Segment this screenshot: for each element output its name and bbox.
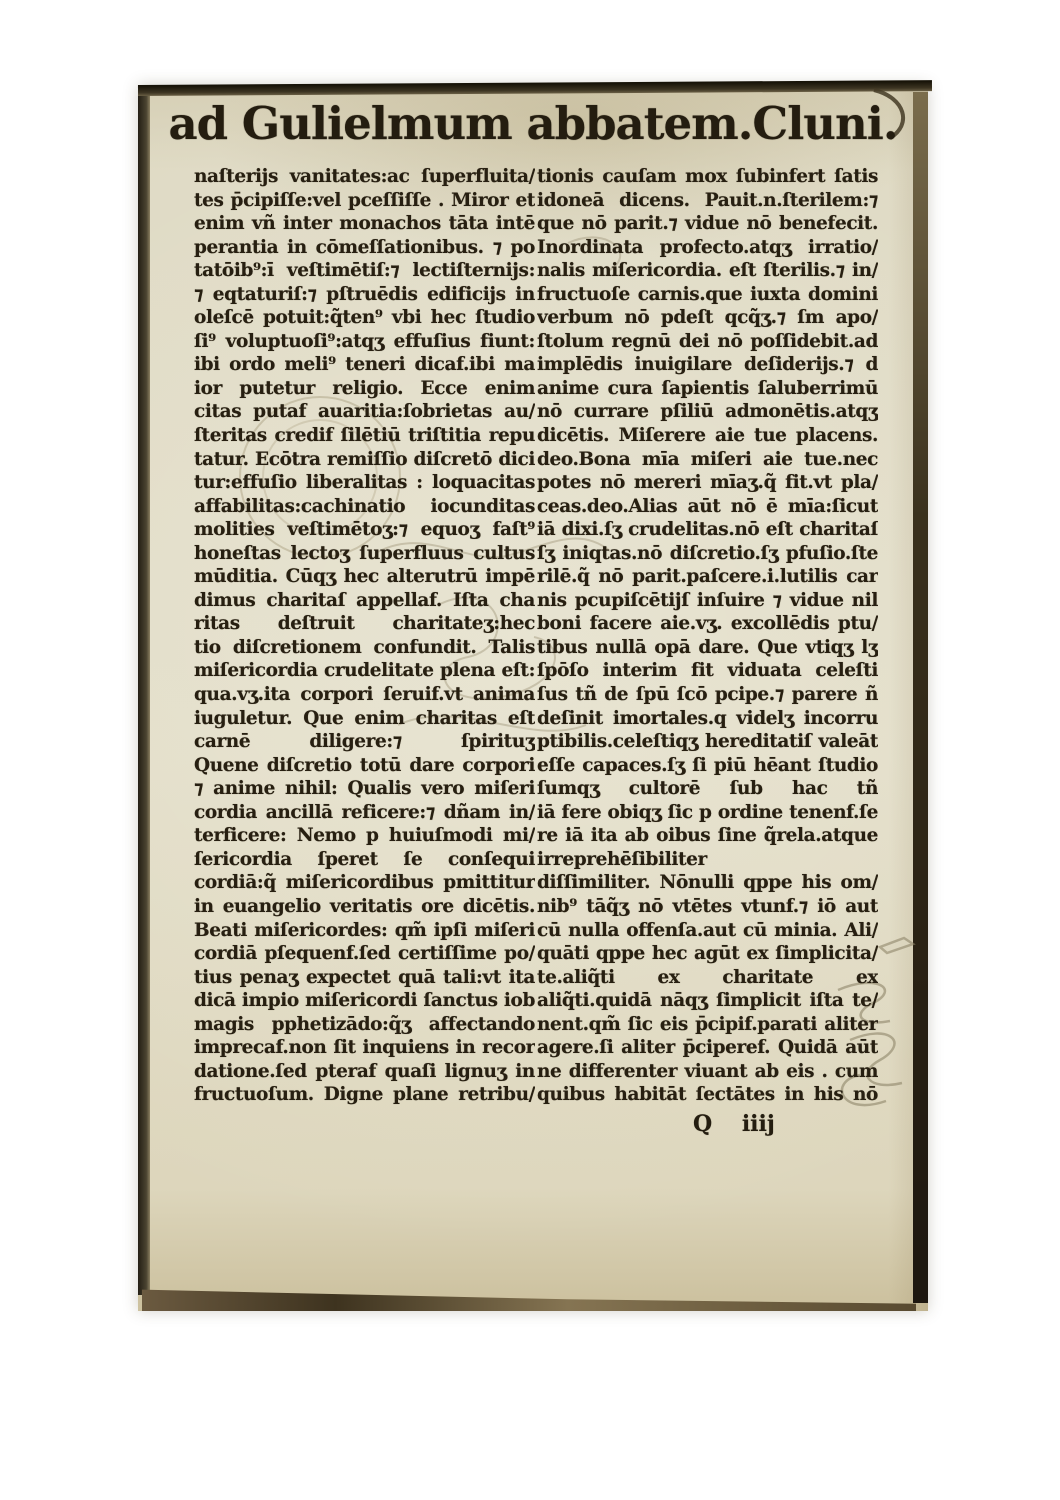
text-line: quibus habitāt ſectātes in his nō: [537, 1083, 878, 1107]
text-line: boni facere aie.vʒ. excollēdis ptu/: [537, 612, 878, 636]
text-line: ſus tñ de ſpū ſcō pcipe.⁊ parere ñ: [537, 683, 878, 707]
text-line: potes nō mereri mīaʒ.q̃ fit.vt pla/: [537, 471, 878, 495]
text-line: implēdis inuigilare deſiderijs.⁊ d: [537, 353, 878, 377]
page-edge-top: [138, 80, 932, 96]
text-line: rilē.q̃ nō parit.paſcere.i.lutilis car: [537, 565, 878, 589]
text-line: Quene diſcretio totū dare corpori: [194, 754, 535, 778]
text-line: enim vñ inter monachos tāta intē: [194, 212, 535, 236]
text-line: irreprehēſibiliter obſeruanf.quiſq̃ʒ: [537, 848, 878, 872]
text-line: deſinit imortales.q videlʒ incorru: [537, 707, 878, 731]
text-line: anime cura ſapientis ſaluberrimū: [537, 377, 878, 401]
text-line: nib⁹ tāq̃ʒ nō vtētes vtunf.⁊ iō aut: [537, 895, 878, 919]
text-line: tatōib⁹:ī veſtimētiſ:⁊ lectiſternijs:: [194, 259, 535, 283]
text-line: ceas.deo.Alias aūt nō ē mīa:ſicut: [537, 495, 878, 519]
text-line: Inordinata profecto.atqʒ irratio/: [537, 236, 878, 260]
text-line: agere.ſi aliter p̄ciperef. Quidā aūt: [537, 1036, 878, 1060]
text-line: dicētis. Miſerere aie tue placens.: [537, 424, 878, 448]
text-line: idoneā dicens. Pauit.n.ſterilem:⁊: [537, 189, 878, 213]
text-line: ſtolum regnū dei nō poſſidebit.ad: [537, 330, 878, 354]
text-line: quāti qppe hec agūt ex ſimplicita/: [537, 942, 878, 966]
text-line: tes p̄cipiſſe:vel pceſſiſſe . Miror et: [194, 189, 535, 213]
text-line: ſericordia ſperet ſe conſequi miſeri: [194, 848, 535, 872]
page-edge-left: [138, 94, 150, 1295]
text-line: nis pcupiſcētijſ inſuire ⁊ vidue nil: [537, 589, 878, 613]
scanned-page: ad Gulielmum abbatem.Cluni. naſterijs va…: [138, 85, 928, 1311]
text-line: verbum nō pdeſt qcq̃ʒ.⁊ ſm apo/: [537, 306, 878, 330]
text-line: imprecaf.non ſit inquiens in recor: [194, 1036, 535, 1060]
text-line: ⁊ anime nihil: Qualis vero miſeri: [194, 777, 535, 801]
text-line: qua.vʒ.ita corpori ſeruif.vt anima: [194, 683, 535, 707]
text-line: tio diſcretionem confundit. Talis: [194, 636, 535, 660]
text-line: tionis cauſam mox ſubinfert ſatis: [537, 165, 878, 189]
text-line: iā fere obiqʒ ſic p ordine tenenf.ſe: [537, 801, 878, 825]
text-line: re iā ita ab oibus ſine q̃rela.atque: [537, 824, 878, 848]
text-line: ne differenter viuant ab eis . cum: [537, 1060, 878, 1084]
text-line: miſericordia crudelitate plena eſt:: [194, 659, 535, 683]
text-line: cū nulla offenſa.aut cū minia. Ali/: [537, 919, 878, 943]
text-line: naſterijs vanitates:ac ſuperfluita/: [194, 165, 535, 189]
text-line: dicā impio miſericordi ſanctus iob: [194, 989, 535, 1013]
page-title: ad Gulielmum abbatem.Cluni.: [138, 97, 928, 150]
text-line: eſſe capaces.ſʒ ſi piū hēant ſtudio: [537, 754, 878, 778]
text-line: mūditia. Cūqʒ hec alterutrū impē: [194, 565, 535, 589]
text-line: molities veſtimētoʒ:⁊ equoʒ faſt⁹: [194, 518, 535, 542]
text-line: ſi⁹ voluptuoſi⁹:atqʒ effuſius fiunt:: [194, 330, 535, 354]
signature-mark: Q iiij: [693, 1111, 873, 1137]
text-line: ſteritas credif ſilētiū triſtitia repu: [194, 424, 535, 448]
text-line: terficere: Nemo p huiuſmodi mi/: [194, 824, 535, 848]
text-line: ſʒ iniqtas.nō diſcretio.ſʒ pfuſio.ſte: [537, 542, 878, 566]
text-line: ior putetur religio. Ecce enim par/: [194, 377, 535, 401]
text-line: ptibilis.celeſtiqʒ hereditatiſ valeāt: [537, 730, 878, 754]
text-line: tius penaʒ expectet quā tali:vt ita: [194, 966, 535, 990]
text-line: ⁊ eqtaturiſ:⁊ pſtruēdis edificijs in: [194, 283, 535, 307]
text-line: ritas deſtruit charitateʒ:hec diſcre: [194, 612, 535, 636]
text-line: cordiā pſequenf.ſed certiſſime po/: [194, 942, 535, 966]
text-line: iā dixi.ſʒ crudelitas.nō eſt charitaſ: [537, 518, 878, 542]
scan-background: ad Gulielmum abbatem.Cluni. naſterijs va…: [0, 0, 1060, 1500]
text-line: in euangelio veritatis ore dicētis.: [194, 895, 535, 919]
text-column-left: naſterijs vanitates:ac ſuperfluita/tes p…: [194, 165, 535, 1107]
text-line: que nō parit.⁊ vidue nō benefecit.: [537, 212, 878, 236]
text-line: carnē diligere:⁊ ſpirituʒ negligere:: [194, 730, 535, 754]
text-column-right: tionis cauſam mox ſubinfert ſatisidoneā …: [537, 165, 878, 1107]
text-line: ſpōſo interim fit viduata celeſti ſen: [537, 659, 878, 683]
page-edge-right: [913, 92, 928, 1303]
text-line: tibus nullā opā dare. Que vtiqʒ lʒ: [537, 636, 878, 660]
text-line: tatur. Ecōtra remiſſio diſcretō dici: [194, 448, 535, 472]
text-line: oleſcē potuit:q̃ten⁹ vbi hec ſtudio: [194, 306, 535, 330]
text-line: diſſimiliter. Nōnulli qppe his om/: [537, 871, 878, 895]
text-line: fructuoſe carnis.que iuxta domini: [537, 283, 878, 307]
page-edge-bottom: [142, 1285, 916, 1311]
text-line: te.aliq̃ti ex charitate ex neceſſitate: [537, 966, 878, 990]
text-line: nent.qm̃ ſic eis p̄cipif.parati aliter: [537, 1013, 878, 1037]
text-line: ſumqʒ cultorē ſub hac tñ abuſione: [537, 777, 878, 801]
text-line: datione.ſed pteraf quaſi lignuʒ in: [194, 1060, 535, 1084]
text-line: tur:effuſio liberalitas : loquacitas: [194, 471, 535, 495]
text-line: deo.Bona mīa miſeri aie tue.nec: [537, 448, 878, 472]
text-line: citas putaf auaritia:ſobrietas au/: [194, 400, 535, 424]
text-line: cordia ancillā reficere:⁊ dñam in/: [194, 801, 535, 825]
text-line: cordiā:q̃ miſericordibus pmittitur: [194, 871, 535, 895]
text-line: aliq̃ti.quidā nāqʒ ſimplicit iſta te/: [537, 989, 878, 1013]
text-line: Beati miſericordes: qm̃ ipſi miſeri: [194, 919, 535, 943]
text-line: fructuoſum. Digne plane retribu/: [194, 1083, 535, 1107]
text-line: perantia in cōmeſſationibus. ⁊ po: [194, 236, 535, 260]
text-line: nalis miſericordia. eſt ſterilis.⁊ in/: [537, 259, 878, 283]
text-line: dimus charitaſ appellaf. Iſta cha: [194, 589, 535, 613]
text-line: iuguletur. Que enim charitas eſt: [194, 707, 535, 731]
text-line: nō currare pſiliū admonētis.atqʒ: [537, 400, 878, 424]
text-line: honeſtas lectoʒ ſuperfluus cultus: [194, 542, 535, 566]
text-line: affabilitas:cachinatio iocunditas: [194, 495, 535, 519]
text-line: magis pphetizādo:q̃ʒ affectando: [194, 1013, 535, 1037]
text-line: ibi ordo meli⁹ teneri dicaf.ibi ma: [194, 353, 535, 377]
